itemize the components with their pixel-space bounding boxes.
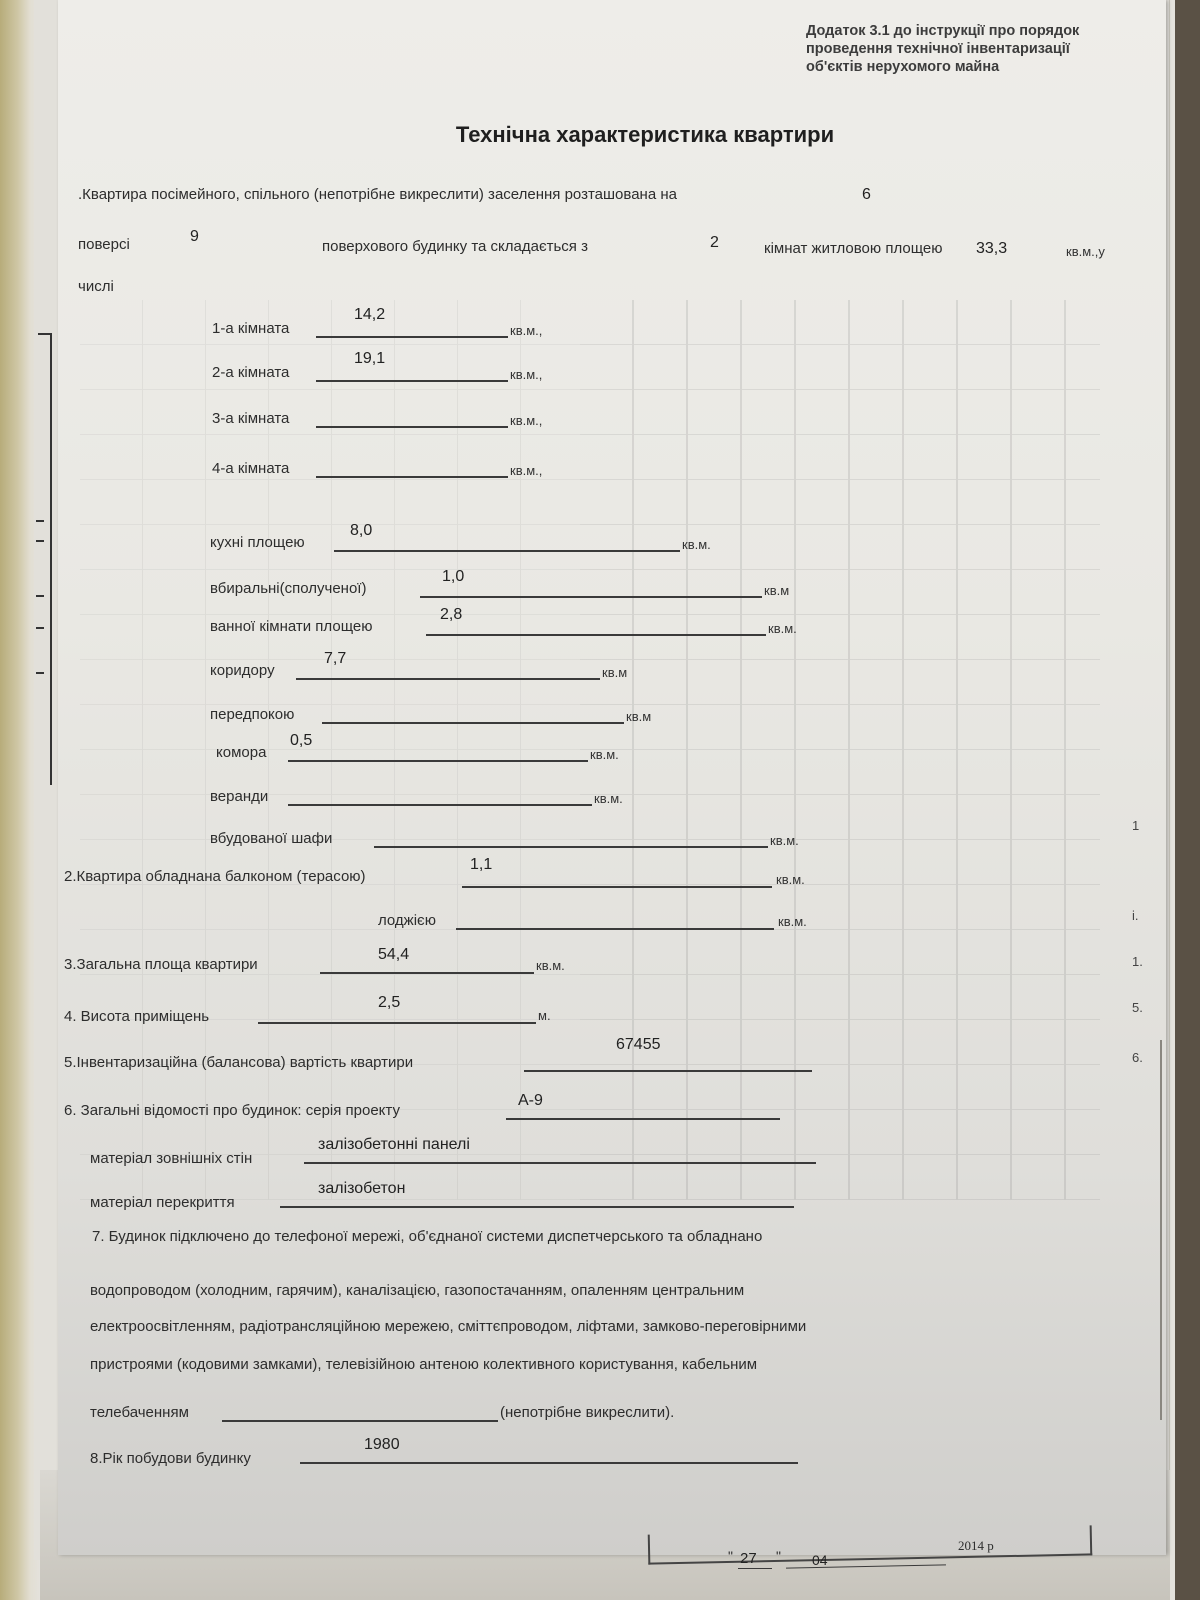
project-series-value: А-9 (518, 1092, 543, 1110)
build-year-label: 8.Рік побудови будинку (90, 1450, 251, 1467)
room-area-value: 14,2 (354, 306, 385, 324)
height-field-line (258, 1022, 536, 1024)
area-field-line (288, 760, 588, 762)
loggia-field-line (456, 928, 774, 930)
project-series-label: 6. Загальні відомості про будинок: серія… (64, 1102, 400, 1119)
floors-material-label: матеріал перекриття (90, 1194, 235, 1211)
section1-intro: .Квартира посімейного, спільного (непотр… (78, 186, 677, 203)
margin-tick (36, 627, 44, 629)
area-label: кухні площею (210, 534, 305, 551)
floors-material-value: залізобетон (318, 1180, 405, 1198)
area-value: 1,0 (442, 568, 464, 586)
inventory-value: 67455 (616, 1036, 661, 1054)
including-label: числі (78, 278, 114, 295)
area-label: веранди (210, 788, 268, 805)
area-field-line (334, 550, 680, 552)
area-unit: кв.м (626, 709, 651, 724)
area-unit: кв.м. (770, 833, 799, 848)
tv-label: телебаченням (90, 1404, 189, 1421)
height-unit: м. (538, 1008, 551, 1023)
date-quote-close: " (776, 1548, 781, 1564)
loggia-label: лоджією (378, 912, 436, 929)
inventory-field-line (524, 1070, 812, 1072)
strike-note: (непотрібне викреслити). (500, 1404, 674, 1421)
living-area-unit: кв.м.,у (1066, 244, 1105, 259)
height-label: 4. Висота приміщень (64, 1008, 209, 1025)
room-unit: кв.м., (510, 463, 542, 478)
area-field-line (288, 804, 592, 806)
area-unit: кв.м (764, 583, 789, 598)
inventory-value-label: 5.Інвентаризаційна (балансова) вартість … (64, 1054, 413, 1071)
floor-value: 6 (862, 186, 871, 204)
balcony-label: 2.Квартира обладнана балконом (терасою) (64, 868, 366, 885)
total-area-value: 54,4 (378, 946, 409, 964)
room-field-line (316, 476, 508, 478)
total-floors-value: 9 (190, 228, 199, 246)
area-value: 2,8 (440, 606, 462, 624)
document-title: Технічна характеристика квартири (0, 122, 1200, 148)
area-unit: кв.м. (682, 537, 711, 552)
left-margin-bracket (38, 333, 52, 785)
date-year: 2014 р (958, 1538, 994, 1554)
utilities-line: пристроями (кодовими замками), телевізій… (90, 1356, 757, 1373)
loggia-unit: кв.м. (778, 914, 807, 929)
balcony-value: 1,1 (470, 856, 492, 874)
build-year-field-line (300, 1462, 798, 1464)
room-area-value: 19,1 (354, 350, 385, 368)
balcony-unit: кв.м. (776, 872, 805, 887)
area-unit: кв.м (602, 665, 627, 680)
bleed-through-table (580, 300, 1100, 1200)
area-field-line (322, 722, 624, 724)
utilities-line: 7. Будинок підключено до телефоної мереж… (92, 1228, 762, 1245)
area-unit: кв.м. (594, 791, 623, 806)
room-field-line (316, 380, 508, 382)
date-day: 27 (740, 1550, 757, 1567)
walls-material-field-line (304, 1162, 816, 1164)
room-field-line (316, 426, 508, 428)
margin-number: 1 (1132, 818, 1139, 833)
date-quote-open: " (728, 1548, 733, 1564)
area-label: комора (216, 744, 266, 761)
right-margin-rule (1160, 1040, 1162, 1420)
balcony-field-line (462, 886, 772, 888)
margin-tick (36, 520, 44, 522)
tv-field-line (222, 1420, 498, 1422)
area-label: ванної кімнати площею (210, 618, 372, 635)
area-label: вбиральні(сполученої) (210, 580, 366, 597)
margin-number: i. (1132, 908, 1139, 923)
area-value: 0,5 (290, 732, 312, 750)
room-label: 2-а кімната (212, 364, 289, 381)
height-value: 2,5 (378, 994, 400, 1012)
area-value: 7,7 (324, 650, 346, 668)
area-label: вбудованої шафи (210, 830, 332, 847)
walls-material-value: залізобетонні панелі (318, 1136, 470, 1154)
date-month: 04 (812, 1552, 828, 1568)
margin-tick (36, 595, 44, 597)
area-unit: кв.м. (590, 747, 619, 762)
area-label: передпокою (210, 706, 294, 723)
margin-number: 1. (1132, 954, 1143, 969)
utilities-line: електроосвітленням, радіотрансляційною м… (90, 1318, 806, 1335)
floors-material-field-line (280, 1206, 794, 1208)
living-area-value: 33,3 (976, 240, 1007, 258)
rooms-count-value: 2 (710, 234, 719, 252)
floor-label: поверсі (78, 236, 130, 253)
room-label: 3-а кімната (212, 410, 289, 427)
total-area-field-line (320, 972, 534, 974)
area-field-line (374, 846, 768, 848)
total-area-unit: кв.м. (536, 958, 565, 973)
appendix-note: Додаток 3.1 до інструкції про порядок пр… (806, 22, 1106, 76)
living-area-text: кімнат житловою площею (764, 240, 942, 257)
build-year-value: 1980 (364, 1436, 400, 1454)
total-area-label: 3.Загальна площа квартири (64, 956, 258, 973)
area-value: 8,0 (350, 522, 372, 540)
margin-tick (36, 540, 44, 542)
project-series-field-line (506, 1118, 780, 1120)
room-label: 1-а кімната (212, 320, 289, 337)
room-unit: кв.м., (510, 367, 542, 382)
room-label: 4-а кімната (212, 460, 289, 477)
room-unit: кв.м., (510, 413, 542, 428)
area-field-line (420, 596, 762, 598)
margin-tick (36, 672, 44, 674)
date-day-line (738, 1568, 772, 1569)
margin-number: 5. (1132, 1000, 1143, 1015)
area-label: коридору (210, 662, 275, 679)
area-field-line (296, 678, 600, 680)
room-field-line (316, 336, 508, 338)
area-unit: кв.м. (768, 621, 797, 636)
building-text: поверхового будинку та складається з (322, 238, 588, 255)
margin-number: 6. (1132, 1050, 1143, 1065)
utilities-line: водопроводом (холодним, гарячим), каналі… (90, 1282, 744, 1299)
room-unit: кв.м., (510, 323, 542, 338)
walls-material-label: матеріал зовнішніх стін (90, 1150, 252, 1167)
area-field-line (426, 634, 766, 636)
